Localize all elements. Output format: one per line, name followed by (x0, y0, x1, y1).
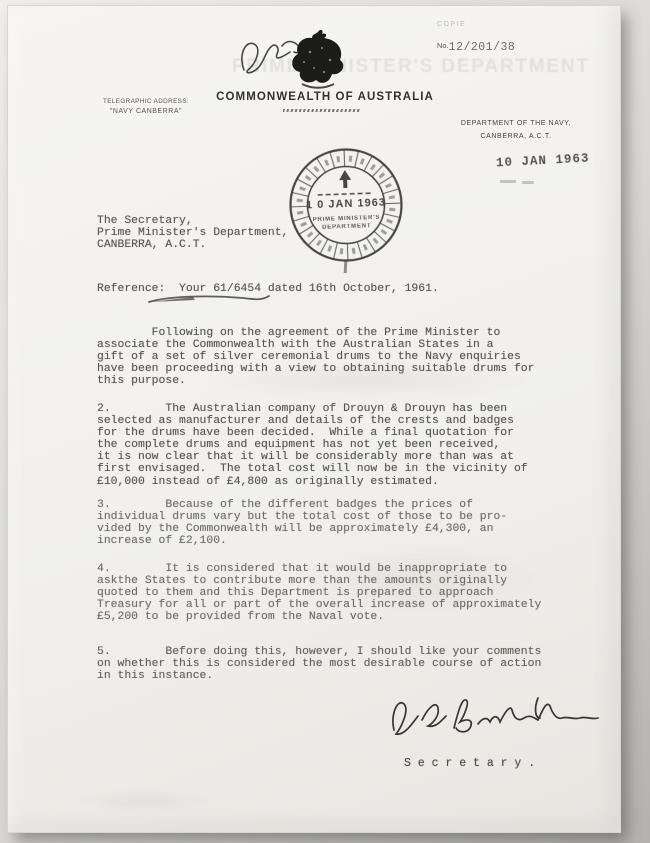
broad-arrow-icon (339, 170, 352, 188)
department-address-line1: DEPARTMENT OF THE NAVY, (446, 117, 586, 130)
round-stamp-dept-line1: PRIME MINISTER'S (313, 215, 381, 223)
recipient-address: The Secretary, Prime Minister's Departme… (97, 215, 288, 251)
file-number-label: No. (437, 41, 449, 50)
file-number-value: 12/201/38 (449, 41, 516, 54)
department-address-line2: CANBERRA, A.C.T. (446, 130, 586, 143)
telegraphic-address: TELEGRAPHIC ADDRESS: "NAVY CANBERRA" (96, 98, 196, 116)
title-rule (283, 109, 360, 112)
coat-of-arms-icon (286, 26, 350, 92)
round-stamp-dept-line2: DEPARTMENT (322, 223, 371, 231)
round-stamp-date: 1 0 JAN 1963 (306, 197, 386, 212)
stamp-tail-mark (344, 261, 348, 273)
signoff-title: S e c r e t a r y . (404, 757, 535, 770)
scan-smudge (200, 360, 530, 400)
scan-smudge (300, 545, 550, 615)
file-number: No.12/201/38 (437, 37, 515, 55)
signature-icon (388, 690, 606, 748)
telegraphic-address-value: "NAVY CANBERRA" (96, 108, 196, 116)
round-date-stamp: 1 0 JAN 1963 PRIME MINISTER'S DEPARTMENT (282, 141, 410, 269)
stamp-smudge-mark (500, 180, 516, 183)
received-date-stamp: 10 JAN 1963 (496, 152, 590, 171)
paragraph-3: 3. Because of the different badges the p… (97, 499, 507, 547)
paragraph-2: 2. The Australian company of Drouyn & Dr… (97, 403, 528, 488)
commonwealth-title: COMMONWEALTH OF AUSTRALIA (210, 91, 440, 103)
cut-off-header-text: COPIE (437, 21, 466, 27)
document-page: PRIME MINISTER'S DEPARTMENT COPIE No.12/… (8, 6, 620, 832)
scan-smudge (70, 790, 220, 812)
stamp-smudge-mark (522, 181, 534, 184)
telegraphic-address-label: TELEGRAPHIC ADDRESS: (96, 98, 196, 106)
paragraph-5: 5. Before doing this, however, I should … (97, 646, 541, 682)
department-address: DEPARTMENT OF THE NAVY, CANBERRA, A.C.T. (446, 117, 586, 143)
reference-underline-icon (147, 293, 273, 305)
